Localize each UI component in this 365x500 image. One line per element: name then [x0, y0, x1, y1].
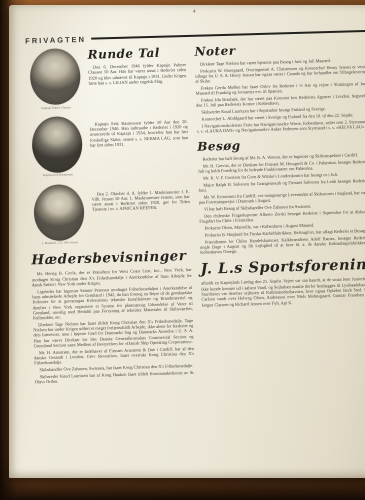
portrait-frame: Kaptajn Palmer Clausen: [25, 48, 85, 110]
photographed-page-background: 4 FRIVAGTEN Kaptajn Palmer Clausen Runde…: [0, 0, 365, 500]
anniversary-entry: Kaptajn Erik Rasmussen Kaptajn Erik Rasm…: [27, 113, 189, 178]
portrait-caption: 1. Maskinm. J. E. Vilh. Jensen: [31, 241, 89, 246]
section-heading-besoeg: Besøg: [197, 135, 365, 154]
right-column: Noter Direktør Tage Nielsen har været hj…: [194, 40, 365, 309]
masthead-title: FRIVAGTEN: [25, 35, 86, 46]
section-heading-sportsforening: J. L.s Sportsforening: [200, 256, 365, 278]
section-heading-haedersbevisninger: Hædersbevisninger: [31, 248, 191, 268]
portrait-caption: Kaptajn Palmer Clausen: [27, 105, 85, 110]
page-content: 4 FRIVAGTEN Kaptajn Palmer Clausen Runde…: [2, 0, 365, 483]
portrait-caption: Kaptajn Erik Rasmussen: [29, 173, 87, 178]
magazine-page: 4 FRIVAGTEN Kaptajn Palmer Clausen Runde…: [9, 5, 365, 478]
portrait-photo-palmer-clausen: [29, 48, 81, 105]
section-heading-noter: Noter: [194, 40, 365, 59]
left-column: Kaptajn Palmer Clausen Runde Tal Den 6. …: [25, 45, 194, 386]
anniversary-entry: 1. Maskinm. J. E. Vilh. Jensen Den 2. Ok…: [29, 181, 191, 246]
paragraph: Ligeledes har Ingeniør Sønner Petersen m…: [32, 285, 193, 321]
portrait-photo-erik-rasmussen: [31, 116, 83, 173]
paragraph: Den 2. Oktober d. A. fylder 1. Maskinmes…: [91, 189, 190, 213]
anniversary-entry: Kaptajn Palmer Clausen Runde Tal Den 6. …: [25, 45, 187, 110]
page-number: 4: [25, 5, 365, 19]
paragraph: Den 6. December 1946 fylder Kaptajn Palm…: [88, 62, 187, 86]
paragraph: Kaptajn Erik Rasmussen fylder 50 Aar den…: [90, 119, 189, 148]
section-heading-runde-tal: Runde Tal: [87, 45, 185, 62]
paragraph: Direktør Tage Nielsen har faaet tildelt …: [33, 318, 194, 349]
portrait-photo-vilh-jensen: [33, 184, 85, 241]
portrait-frame: Kaptajn Erik Rasmussen: [27, 116, 87, 178]
masthead-rule: [91, 29, 365, 40]
paragraph: afholdt en Kapsejlads Lørdag den 21. Sep…: [201, 276, 365, 307]
portrait-frame: 1. Maskinm. J. E. Vilh. Jensen: [29, 183, 89, 245]
paragraph: Præsidenten for Chiles Handelskammer, Ka…: [200, 234, 365, 255]
